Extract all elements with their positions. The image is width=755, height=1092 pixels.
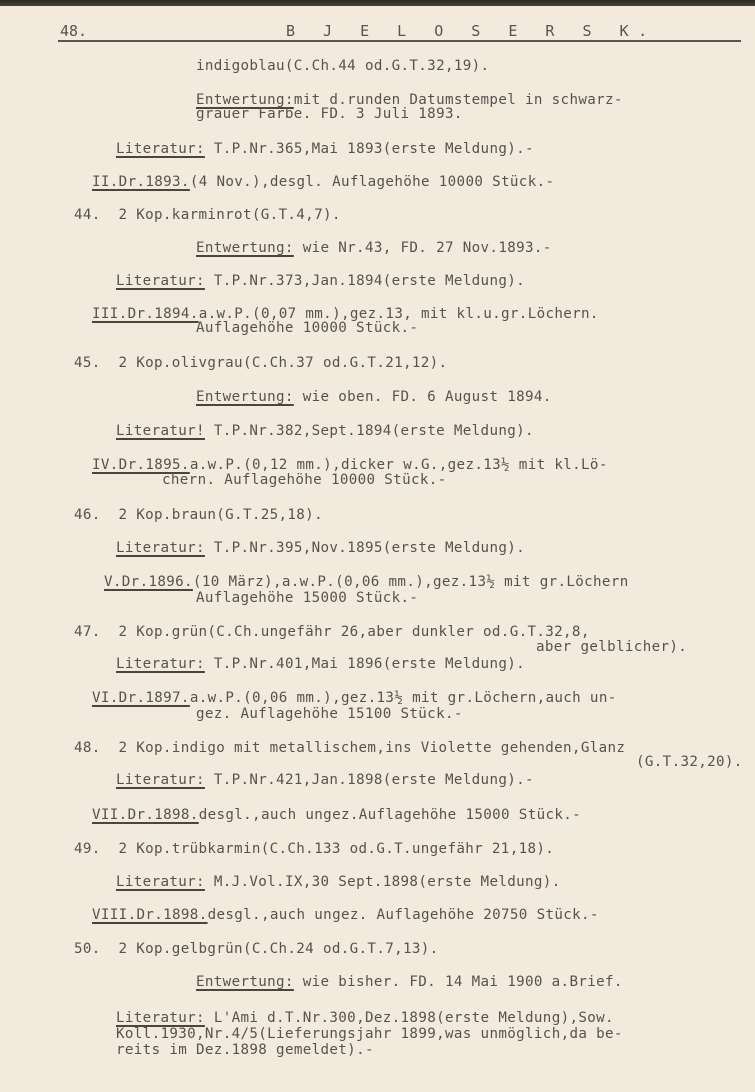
text-span: 45. 2 Kop.olivgrau(C.Ch.37 od.G.T.21,12)…: [74, 355, 447, 371]
scan-top-edge: [0, 0, 755, 6]
text-span: L'Ami d.T.Nr.300,Dez.1898(erste Meldung)…: [205, 1010, 614, 1026]
text-line: Koll.1930,Nr.4/5(Lieferungsjahr 1899,was…: [116, 1026, 623, 1042]
text-line: 45. 2 Kop.olivgrau(C.Ch.37 od.G.T.21,12)…: [74, 355, 447, 371]
text-span: gez. Auflagehöhe 15100 Stück.-: [196, 706, 463, 722]
text-line: Literatur: T.P.Nr.401,Mai 1896(erste Mel…: [116, 656, 525, 672]
text-line: 48. 2 Kop.indigo mit metallischem,ins Vi…: [74, 740, 625, 756]
text-line: gez. Auflagehöhe 15100 Stück.-: [196, 706, 463, 722]
text-span: desgl.,auch ungez. Auflagehöhe 20750 Stü…: [208, 907, 599, 923]
text-span: T.P.Nr.373,Jan.1894(erste Meldung).: [205, 273, 525, 289]
text-line: Literatur: L'Ami d.T.Nr.300,Dez.1898(ers…: [116, 1010, 614, 1026]
text-span: Auflagehöhe 10000 Stück.-: [196, 320, 418, 336]
text-line: indigoblau(C.Ch.44 od.G.T.32,19).: [196, 58, 489, 74]
text-span: (G.T.32,20).: [636, 754, 743, 770]
text-line: IV.Dr.1895.a.w.P.(0,12 mm.),dicker w.G.,…: [92, 457, 608, 473]
text-line: aber gelblicher).: [536, 639, 687, 655]
text-line: II.Dr.1893.(4 Nov.),desgl. Auflagehöhe 1…: [92, 174, 554, 190]
underlined-label: Literatur:: [116, 874, 205, 890]
text-line: reits im Dez.1898 gemeldet).-: [116, 1042, 374, 1058]
text-line: 49. 2 Kop.trübkarmin(C.Ch.133 od.G.T.ung…: [74, 841, 554, 857]
text-line: grauer Farbe. FD. 3 Juli 1893.: [196, 106, 463, 122]
text-line: Auflagehöhe 10000 Stück.-: [196, 320, 418, 336]
text-span: a.w.P.(0,06 mm.),gez.13½ mit gr.Löchern,…: [190, 690, 617, 706]
text-span: 50. 2 Kop.gelbgrün(C.Ch.24 od.G.T.7,13).: [74, 941, 439, 957]
underlined-label: II.Dr.1893.: [92, 174, 190, 190]
text-line: Entwertung: wie Nr.43, FD. 27 Nov.1893.-: [196, 240, 552, 256]
page-number: 48.: [60, 22, 87, 40]
underlined-label: V.Dr.1896.: [104, 574, 193, 590]
text-line: 47. 2 Kop.grün(C.Ch.ungefähr 26,aber dun…: [74, 624, 590, 640]
text-span: grauer Farbe. FD. 3 Juli 1893.: [196, 106, 463, 122]
text-span: a.w.P.(0,12 mm.),dicker w.G.,gez.13½ mit…: [190, 457, 608, 473]
text-span: indigoblau(C.Ch.44 od.G.T.32,19).: [196, 58, 489, 74]
underlined-label: Literatur:: [116, 656, 205, 672]
header-rule: [58, 40, 741, 42]
text-span: (10 März),a.w.P.(0,06 mm.),gez.13½ mit g…: [193, 574, 629, 590]
text-span: Koll.1930,Nr.4/5(Lieferungsjahr 1899,was…: [116, 1026, 623, 1042]
text-line: VIII.Dr.1898.desgl.,auch ungez. Auflageh…: [92, 907, 599, 923]
underlined-label: Entwertung:: [196, 389, 294, 405]
text-line: Literatur! T.P.Nr.382,Sept.1894(erste Me…: [116, 423, 534, 439]
underlined-label: Literatur:: [116, 540, 205, 556]
underlined-label: Literatur:: [116, 772, 205, 788]
text-span: 49. 2 Kop.trübkarmin(C.Ch.133 od.G.T.ung…: [74, 841, 554, 857]
text-line: (G.T.32,20).: [636, 754, 743, 770]
text-span: desgl.,auch ungez.Auflagehöhe 15000 Stüc…: [199, 807, 581, 823]
text-span: 48. 2 Kop.indigo mit metallischem,ins Vi…: [74, 740, 625, 756]
text-line: chern. Auflagehöhe 10000 Stück.-: [162, 472, 447, 488]
underlined-label: VIII.Dr.1898.: [92, 907, 208, 923]
text-line: Literatur: T.P.Nr.365,Mai 1893(erste Mel…: [116, 141, 534, 157]
text-line: 44. 2 Kop.karminrot(G.T.4,7).: [74, 207, 341, 223]
text-line: Literatur: T.P.Nr.421,Jan.1898(erste Mel…: [116, 772, 534, 788]
running-header-title: B J E L O S E R S K.: [286, 22, 657, 40]
text-span: Auflagehöhe 15000 Stück.-: [196, 590, 418, 606]
underlined-label: Entwertung:: [196, 974, 294, 990]
text-line: 46. 2 Kop.braun(G.T.25,18).: [74, 507, 323, 523]
underlined-label: III.Dr.1894.: [92, 306, 199, 322]
text-span: T.P.Nr.395,Nov.1895(erste Meldung).: [205, 540, 525, 556]
text-line: Auflagehöhe 15000 Stück.-: [196, 590, 418, 606]
text-span: 46. 2 Kop.braun(G.T.25,18).: [74, 507, 323, 523]
text-line: VII.Dr.1898.desgl.,auch ungez.Auflagehöh…: [92, 807, 581, 823]
text-line: Literatur: T.P.Nr.373,Jan.1894(erste Mel…: [116, 273, 525, 289]
text-span: T.P.Nr.382,Sept.1894(erste Meldung).: [205, 423, 534, 439]
text-span: (4 Nov.),desgl. Auflagehöhe 10000 Stück.…: [190, 174, 555, 190]
underlined-label: Literatur!: [116, 423, 205, 439]
text-span: aber gelblicher).: [536, 639, 687, 655]
text-span: wie oben. FD. 6 August 1894.: [294, 389, 552, 405]
text-line: 50. 2 Kop.gelbgrün(C.Ch.24 od.G.T.7,13).: [74, 941, 439, 957]
text-line: Literatur: T.P.Nr.395,Nov.1895(erste Mel…: [116, 540, 525, 556]
text-span: wie bisher. FD. 14 Mai 1900 a.Brief.: [294, 974, 623, 990]
text-line: Literatur: M.J.Vol.IX,30 Sept.1898(erste…: [116, 874, 561, 890]
underlined-label: Literatur:: [116, 1010, 205, 1026]
text-line: VI.Dr.1897.a.w.P.(0,06 mm.),gez.13½ mit …: [92, 690, 617, 706]
text-line: V.Dr.1896.(10 März),a.w.P.(0,06 mm.),gez…: [104, 574, 629, 590]
text-span: reits im Dez.1898 gemeldet).-: [116, 1042, 374, 1058]
text-span: M.J.Vol.IX,30 Sept.1898(erste Meldung).: [205, 874, 561, 890]
underlined-label: Literatur:: [116, 141, 205, 157]
text-span: wie Nr.43, FD. 27 Nov.1893.-: [294, 240, 552, 256]
underlined-label: Literatur:: [116, 273, 205, 289]
text-span: T.P.Nr.401,Mai 1896(erste Meldung).: [205, 656, 525, 672]
text-span: T.P.Nr.421,Jan.1898(erste Meldung).-: [205, 772, 534, 788]
text-span: 47. 2 Kop.grün(C.Ch.ungefähr 26,aber dun…: [74, 624, 590, 640]
text-span: chern. Auflagehöhe 10000 Stück.-: [162, 472, 447, 488]
text-line: Entwertung: wie bisher. FD. 14 Mai 1900 …: [196, 974, 623, 990]
underlined-label: IV.Dr.1895.: [92, 457, 190, 473]
underlined-label: VI.Dr.1897.: [92, 690, 190, 706]
text-span: T.P.Nr.365,Mai 1893(erste Meldung).-: [205, 141, 534, 157]
underlined-label: Entwertung:: [196, 240, 294, 256]
underlined-label: VII.Dr.1898.: [92, 807, 199, 823]
text-span: 44. 2 Kop.karminrot(G.T.4,7).: [74, 207, 341, 223]
text-line: Entwertung: wie oben. FD. 6 August 1894.: [196, 389, 552, 405]
